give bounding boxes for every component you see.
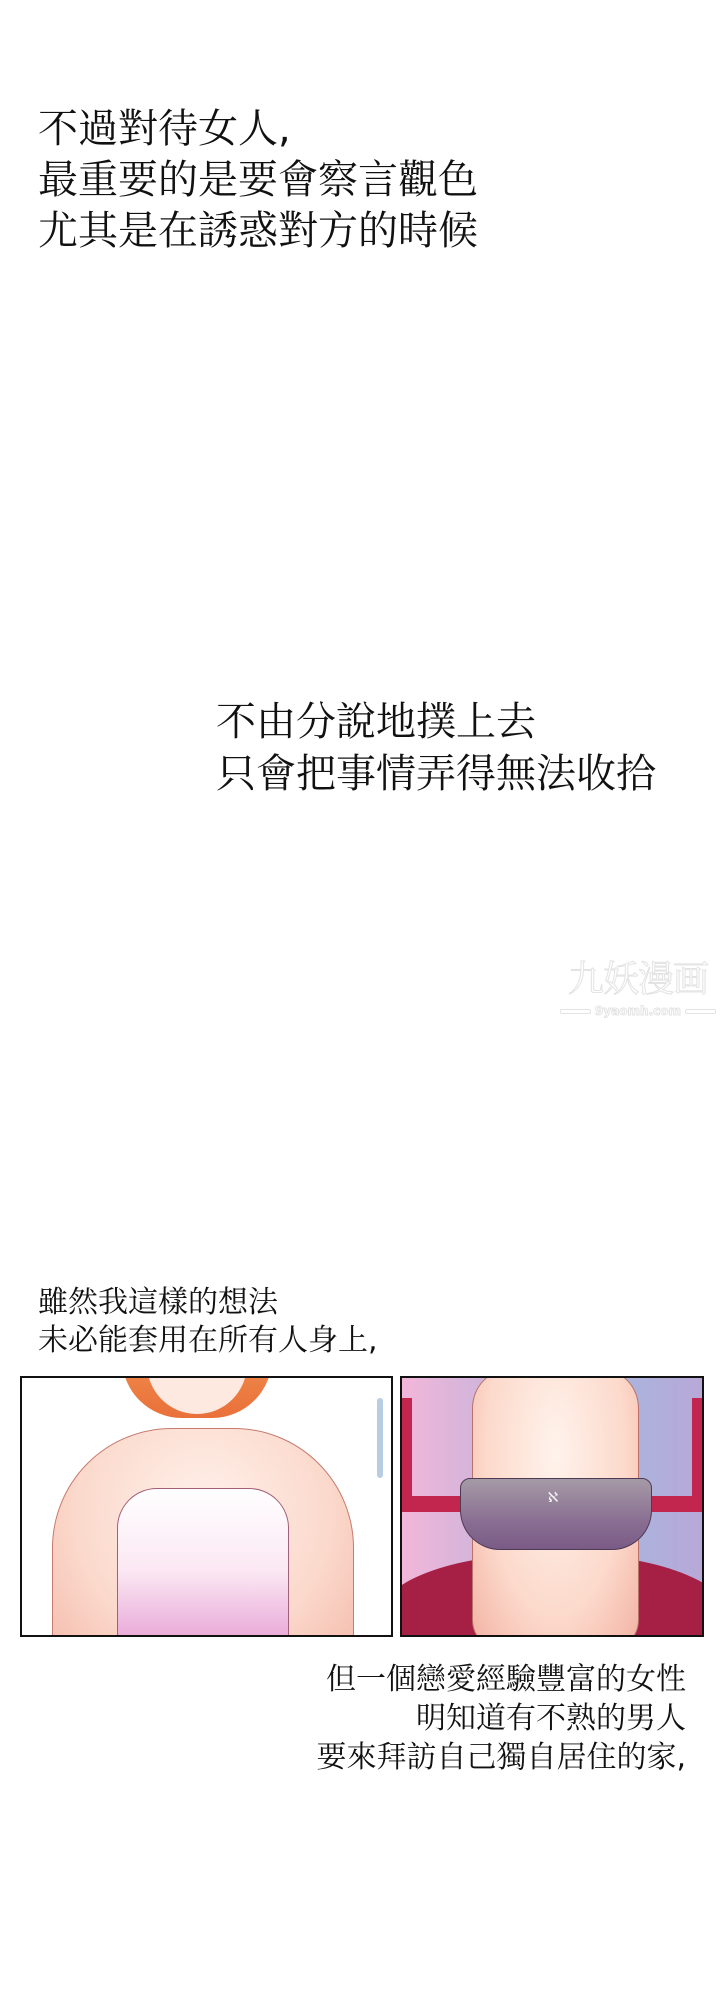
caption-caveat: 雖然我這樣的想法 未必能套用在所有人身上,: [38, 1284, 378, 1360]
caption-line: 要來拜訪自己獨自居住的家,: [316, 1738, 686, 1777]
caption-line: 尤其是在誘惑對方的時候: [38, 206, 478, 257]
caption-line: 明知道有不熟的男人: [316, 1699, 686, 1738]
comic-panel-2: ℵ: [400, 1376, 704, 1637]
caption-line: 只會把事情弄得無法收拾: [216, 748, 656, 800]
caption-line: 不過對待女人,: [38, 104, 478, 155]
drawstring-icon: ℵ: [544, 1490, 562, 1506]
caption-line: 最重要的是要會察言觀色: [38, 155, 478, 206]
panel-shading: [377, 1398, 383, 1478]
caption-intro: 不過對待女人, 最重要的是要會察言觀色 尤其是在誘惑對方的時候: [38, 104, 478, 257]
caption-line: 但一個戀愛經驗豐富的女性: [316, 1660, 686, 1699]
character-clothing: [460, 1478, 652, 1550]
caption-context: 但一個戀愛經驗豐富的女性 明知道有不熟的男人 要來拜訪自己獨自居住的家,: [316, 1660, 686, 1777]
watermark-rule-left: [560, 1009, 591, 1014]
watermark-url-row: 9yaomh.com: [560, 1004, 716, 1018]
watermark-rule-right: [685, 1009, 716, 1014]
caption-warning: 不由分說地撲上去 只會把事情弄得無法收拾: [216, 696, 656, 800]
watermark-title: 九妖漫画: [560, 958, 716, 1002]
caption-line: 不由分說地撲上去: [216, 696, 656, 748]
character-clothing: [117, 1488, 289, 1637]
comic-panel-1: [20, 1376, 393, 1637]
caption-line: 未必能套用在所有人身上,: [38, 1322, 378, 1360]
chair-frame-right: [692, 1398, 702, 1508]
chair-frame-left: [402, 1398, 412, 1508]
caption-line: 雖然我這樣的想法: [38, 1284, 378, 1322]
watermark: 九妖漫画 9yaomh.com: [560, 958, 716, 1018]
watermark-url: 9yaomh.com: [595, 1004, 681, 1018]
